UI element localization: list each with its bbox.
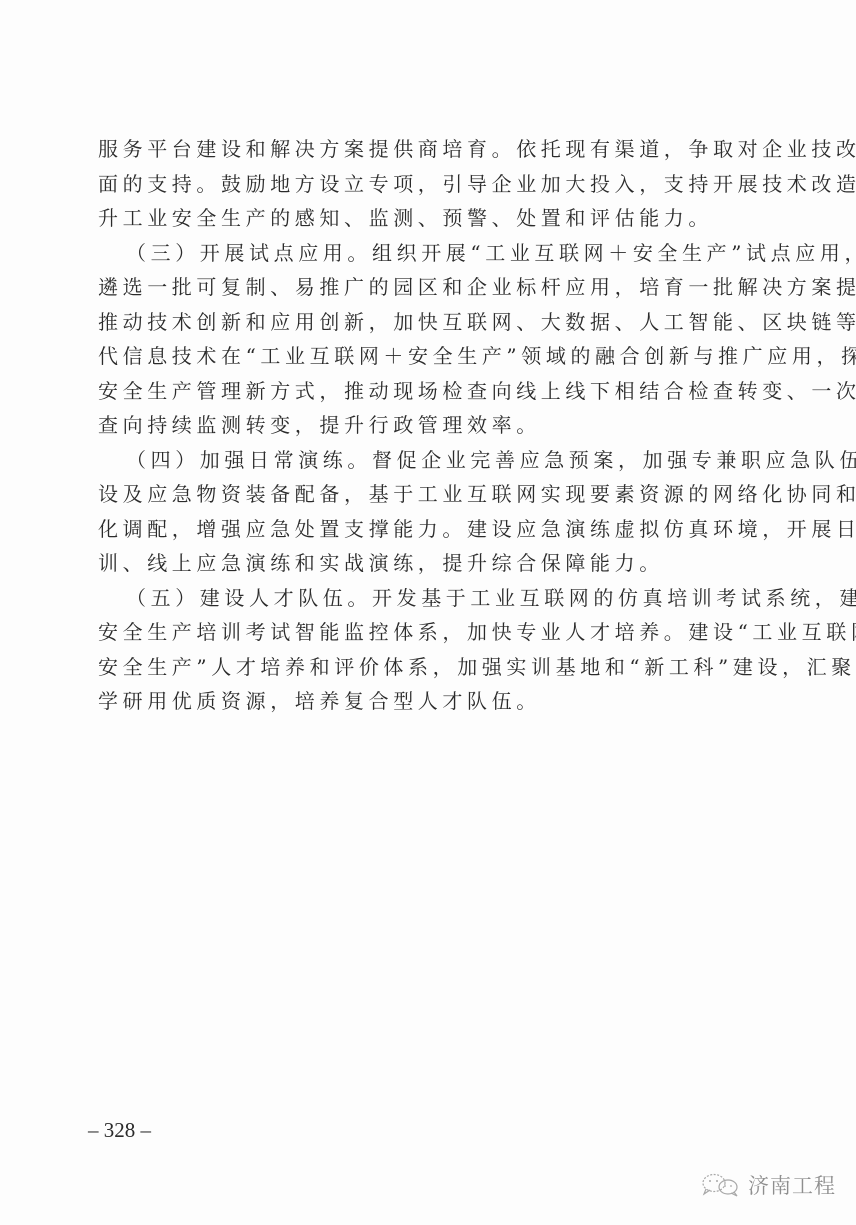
paragraph-section-4: （四）加强日常演练。督促企业完善应急预案，加强专兼职应急队伍建 设及应急物资装备… bbox=[98, 443, 758, 581]
text-line: 化调配，增强应急处置支撑能力。建设应急演练虚拟仿真环境，开展日常培 bbox=[98, 512, 758, 547]
wechat-icon bbox=[700, 1172, 742, 1198]
text-line: 升工业安全生产的感知、监测、预警、处置和评估能力。 bbox=[98, 201, 758, 236]
text-line: 推动技术创新和应用创新，加快互联网、大数据、人工智能、区块链等新一 bbox=[98, 305, 758, 340]
text-line: 安全生产”人才培养和评价体系，加强实训基地和“新工科”建设，汇聚产 bbox=[98, 650, 758, 685]
text-line: 安全生产管理新方式，推动现场检查向线上线下相结合检查转变、一次性检 bbox=[98, 374, 758, 409]
text-line: 服务平台建设和解决方案提供商培育。依托现有渠道，争取对企业技改等方 bbox=[98, 132, 758, 167]
section-heading-line: （五）建设人才队伍。开发基于工业互联网的仿真培训考试系统，建设 bbox=[98, 581, 758, 616]
paragraph-continuation: 服务平台建设和解决方案提供商培育。依托现有渠道，争取对企业技改等方 面的支持。鼓… bbox=[98, 132, 758, 236]
section-heading-line: （三）开展试点应用。组织开展“工业互联网＋安全生产”试点应用， bbox=[98, 236, 758, 271]
text-line: 设及应急物资装备配备，基于工业互联网实现要素资源的网络化协同和智能 bbox=[98, 477, 758, 512]
text-line: 学研用优质资源，培养复合型人才队伍。 bbox=[98, 684, 758, 719]
paragraph-section-3: （三）开展试点应用。组织开展“工业互联网＋安全生产”试点应用， 遴选一批可复制、… bbox=[98, 236, 758, 443]
text-line: 安全生产培训考试智能监控体系，加快专业人才培养。建设“工业互联网＋ bbox=[98, 615, 758, 650]
paragraph-section-5: （五）建设人才队伍。开发基于工业互联网的仿真培训考试系统，建设 安全生产培训考试… bbox=[98, 581, 758, 719]
page-number: – 328 – bbox=[88, 1118, 151, 1143]
document-page: 服务平台建设和解决方案提供商培育。依托现有渠道，争取对企业技改等方 面的支持。鼓… bbox=[0, 0, 856, 1225]
text-line: 遴选一批可复制、易推广的园区和企业标杆应用，培育一批解决方案提供商。 bbox=[98, 270, 758, 305]
text-line: 面的支持。鼓励地方设立专项，引导企业加大投入，支持开展技术改造，提 bbox=[98, 167, 758, 202]
document-body: 服务平台建设和解决方案提供商培育。依托现有渠道，争取对企业技改等方 面的支持。鼓… bbox=[98, 132, 758, 719]
text-line: 训、线上应急演练和实战演练，提升综合保障能力。 bbox=[98, 546, 758, 581]
text-line: 查向持续监测转变，提升行政管理效率。 bbox=[98, 408, 758, 443]
watermark-text: 济南工程 bbox=[748, 1170, 836, 1200]
watermark: 济南工程 bbox=[700, 1170, 836, 1200]
text-line: 代信息技术在“工业互联网＋安全生产”领域的融合创新与推广应用，探索 bbox=[98, 339, 758, 374]
section-heading-line: （四）加强日常演练。督促企业完善应急预案，加强专兼职应急队伍建 bbox=[98, 443, 758, 478]
